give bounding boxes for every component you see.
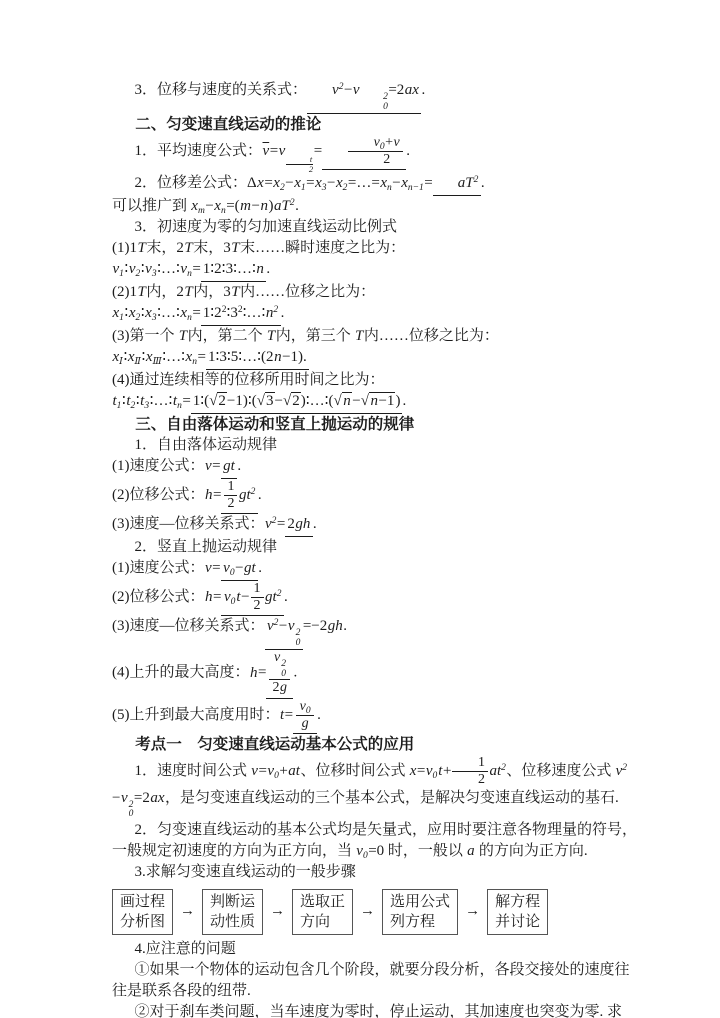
text-run: 2．位移差公式：Δ: [135, 175, 257, 191]
text-run: 一般规定初速度的方向为正方向，当: [112, 843, 356, 859]
math-symbol: T: [354, 328, 363, 344]
flow-arrow-icon: →: [180, 903, 195, 920]
flow-arrow-icon: →: [360, 903, 375, 920]
math-symbol: x2: [273, 175, 285, 191]
text-run: =: [306, 175, 314, 191]
text-run: .: [406, 143, 410, 159]
text-run: 、位移速度公式: [506, 763, 615, 779]
text-run: =(: [226, 198, 239, 214]
text-run: (3)速度—位移关系式：: [112, 516, 265, 532]
doc-line: (3)速度—位移关系式：v2=2gh.: [112, 514, 636, 537]
math-symbol: v0: [223, 589, 235, 605]
math-symbol: ax: [150, 790, 165, 806]
math-symbol: v0: [299, 699, 311, 714]
text-run: 1∶22: [203, 305, 227, 321]
math-symbol: gt: [223, 458, 236, 474]
text-run: −: [241, 589, 249, 605]
math-symbol: v0: [356, 843, 368, 859]
math-symbol: v20: [287, 618, 300, 634]
stacked-sup-sub: 20: [281, 660, 286, 679]
doc-line: −v20=2ax，是匀变速直线运动的三个基本公式，是解决匀变速直线运动的基石.: [112, 788, 636, 820]
math-symbol: gh: [327, 618, 343, 634]
radicand: n: [342, 392, 353, 410]
math-symbol: g: [279, 680, 287, 695]
math-symbol: gt: [244, 560, 257, 576]
math-symbol: ax: [404, 82, 419, 98]
fraction-numerator: 1: [251, 581, 264, 598]
math-symbol: v0: [373, 135, 385, 150]
text-run: +: [279, 763, 287, 779]
math-symbol: vt2: [278, 143, 314, 159]
text-run: ②对于刹车类问题，当车速度为零时，停止运动，其加速度也突变为零. 求: [135, 1004, 623, 1018]
doc-line: v1∶v2∶v3∶…∶vn=1∶2∶3∶…∶n.: [112, 259, 636, 282]
math-symbol: xn: [185, 349, 197, 365]
math-symbol: n: [274, 349, 283, 365]
math-symbol: h: [205, 589, 214, 605]
text-run: =: [192, 261, 200, 277]
doc-line: 3.求解匀变速直线运动的一般步骤: [112, 862, 636, 883]
text-run: .: [258, 560, 262, 576]
doc-line: (4)上升的最大高度：h=v202g.: [112, 650, 636, 698]
text-run: =: [192, 305, 200, 321]
sqrt-radical: √2: [283, 393, 301, 409]
text-run: =: [212, 458, 220, 474]
flow-step-box: 选用公式列方程: [382, 889, 458, 935]
fraction: v0g: [296, 699, 314, 732]
math-symbol: v2: [332, 82, 344, 98]
text-run: −: [205, 198, 213, 214]
text-run: 内，第二个: [188, 328, 267, 344]
text-run: (1)1: [112, 240, 137, 256]
text-run: .: [284, 589, 288, 605]
math-symbol: x2: [128, 305, 140, 321]
math-symbol: x: [409, 763, 417, 779]
math-symbol: a: [467, 843, 476, 859]
text-run: (1)速度公式：: [112, 560, 205, 576]
math-symbol: T: [137, 284, 146, 300]
text-run: .: [293, 665, 297, 681]
radicand: n−1: [369, 392, 395, 410]
section-heading: 二、匀变速直线运动的推论: [112, 114, 636, 135]
doc-line: xⅠ∶xⅡ∶xⅢ∶…∶xn=1∶3∶5∶…∶(2n−1).: [112, 347, 636, 370]
text-run: ①如果一个物体的运动包含几个阶段，就要分段分析，各段交接处的速度往: [135, 962, 630, 978]
text-run: .: [313, 516, 317, 532]
math-symbol: t2: [126, 393, 136, 409]
text-run: =: [182, 393, 190, 409]
doc-line: (3)第一个 T内，第二个 T内，第三个 T内……位移之比为：: [112, 326, 636, 347]
text-run: ∶…∶: [157, 305, 180, 321]
fraction-denominator: 2: [251, 598, 264, 614]
text-run: 往是联系各段的纽带.: [112, 983, 251, 999]
blank-answer-underline: 1∶2∶3∶…∶n: [201, 259, 267, 282]
math-symbol: xm: [191, 198, 206, 214]
radical-sign-icon: √: [334, 393, 342, 409]
text-run: −1)∶(: [227, 393, 257, 409]
doc-line: 一般规定初速度的方向为正方向，当 v0=0 时，一般以 a 的方向为正方向.: [112, 841, 636, 862]
fraction: 12: [251, 581, 264, 614]
text-run: =: [424, 175, 432, 191]
text-run: .: [317, 707, 321, 723]
math-symbol: xⅢ: [145, 349, 162, 365]
text-run: 1: [227, 479, 234, 494]
text-run: −: [392, 175, 400, 191]
doc-line: 3．位移与速度的关系式：v2−v20=2ax.: [112, 80, 636, 114]
doc-line: 可以推广到 xm−xn=(m−n)aT2.: [112, 196, 636, 217]
text-run: 1．平均速度公式：: [135, 143, 263, 159]
text-run: ∶32: [226, 305, 242, 321]
text-run: −1).: [282, 349, 307, 365]
math-symbol: aT2: [273, 198, 295, 214]
text-run: =: [197, 349, 205, 365]
text-run: (2)位移公式：: [112, 487, 205, 503]
math-symbol: v20: [273, 650, 286, 665]
text-run: ∶…∶: [243, 305, 266, 321]
text-run: =2: [388, 82, 404, 98]
math-symbol: T: [178, 328, 187, 344]
math-symbol: v0: [223, 560, 235, 576]
text-run: ∶…∶: [150, 393, 173, 409]
text-run: .: [266, 261, 270, 277]
text-run: 2: [383, 152, 390, 167]
text-run: ∶…∶: [157, 261, 180, 277]
text-run: 2．竖直上抛运动规律: [135, 539, 278, 555]
text-run: 1∶(: [193, 393, 209, 409]
text-run: ，是匀变速直线运动的三个基本公式，是解决匀变速直线运动的基石.: [165, 790, 619, 806]
blank-answer-underline: gt: [221, 456, 238, 479]
math-symbol: T: [184, 240, 193, 256]
math-symbol: v: [393, 135, 400, 150]
text-run: −: [235, 560, 243, 576]
text-run: 4.应注意的问题: [135, 941, 236, 957]
flow-arrow-icon: →: [270, 903, 285, 920]
fraction: 12: [224, 479, 237, 512]
section-heading: 三、自由落体运动和竖直上抛运动的规律: [112, 414, 636, 435]
document-page: 3．位移与速度的关系式：v2−v20=2ax.二、匀变速直线运动的推论1．平均速…: [0, 0, 720, 1018]
doc-line: (1)1T末，2T末，3T末……瞬时速度之比为：: [112, 238, 636, 259]
text-run: .: [281, 305, 285, 321]
fraction-numerator: 1: [452, 755, 488, 772]
stacked-sup-sub: 20: [361, 93, 388, 112]
math-symbol: v20: [352, 82, 388, 98]
text-run: 3．位移与速度的关系式：: [135, 82, 308, 98]
blank-answer-underline: v0−gt: [221, 558, 259, 581]
math-symbol: v0: [425, 763, 437, 779]
solution-steps-flowchart: 画过程分析图→判断运动性质→选取正方向→选用公式列方程→解方程并讨论: [112, 889, 636, 935]
math-symbol: v2: [615, 763, 627, 779]
math-symbol: xn−1: [401, 175, 425, 191]
flow-step-box: 解方程并讨论: [487, 889, 548, 935]
text-run: 1: [254, 581, 261, 596]
doc-line: (1)速度公式：v=gt.: [112, 456, 636, 479]
math-symbol: x3: [315, 175, 327, 191]
math-symbol: xn: [180, 305, 192, 321]
doc-line: ①如果一个物体的运动包含几个阶段，就要分段分析，各段交接处的速度往: [112, 960, 636, 981]
text-run: 的方向为正方向.: [475, 843, 588, 859]
doc-line: 往是联系各段的纽带.: [112, 981, 636, 1002]
text-run: 考点一 匀变速直线运动基本公式的应用: [135, 736, 414, 753]
math-symbol: h: [205, 487, 214, 503]
math-symbol: at2: [489, 763, 506, 779]
text-run: =: [285, 707, 293, 723]
text-run: 内，第三个: [276, 328, 355, 344]
text-run: −1: [378, 393, 394, 409]
text-run: 3．初速度为零的匀加速直线运动比例式: [135, 219, 398, 235]
math-symbol: g: [301, 716, 309, 731]
radicand: 2: [291, 392, 301, 410]
math-symbol: t3: [140, 393, 150, 409]
math-symbol: vn: [180, 261, 192, 277]
text-run: 末……瞬时速度之比为：: [240, 240, 405, 256]
text-run: =: [213, 589, 221, 605]
fraction-denominator: 2: [348, 152, 404, 168]
doc-line: 1．速度时间公式 v=v0+at、位移时间公式 x=v0t+12at2、位移速度…: [112, 755, 636, 788]
text-run: 2: [227, 496, 234, 511]
math-symbol: m: [240, 198, 252, 214]
text-run: 1: [478, 755, 485, 770]
text-run: (3)第一个: [112, 328, 178, 344]
math-symbol: x2: [335, 175, 347, 191]
text-run: (4)通过连续相等的位移所用时间之比为：: [112, 372, 385, 388]
text-run: =: [213, 487, 221, 503]
text-run: 3.求解匀变速直线运动的一般步骤: [135, 864, 356, 880]
fraction: v0+v2: [348, 135, 404, 168]
sqrt-radical: √2: [209, 393, 227, 409]
doc-line: 2．竖直上抛运动规律: [112, 537, 636, 558]
text-run: =2: [134, 790, 150, 806]
radicand: 3: [265, 392, 275, 410]
fraction-numerator: 1: [224, 479, 237, 496]
doc-line: 3．初速度为零的匀加速直线运动比例式: [112, 217, 636, 238]
text-run: =0 时，一般以: [368, 843, 466, 859]
text-run: +: [385, 135, 393, 150]
doc-line: 4.应注意的问题: [112, 939, 636, 960]
math-symbol: v1: [112, 261, 124, 277]
document-content: 3．位移与速度的关系式：v2−v20=2ax.二、匀变速直线运动的推论1．平均速…: [112, 80, 636, 1018]
math-symbol: xⅠ: [112, 349, 123, 365]
blank-answer-underline: 1∶(√2−1)∶(√3−√2)∶…∶(√n−√n−1): [191, 391, 403, 414]
math-symbol: xⅡ: [127, 349, 141, 365]
math-symbol: gt2: [238, 487, 255, 503]
blank-answer-underline: v0g: [293, 699, 317, 734]
text-run: 二、匀变速直线运动的推论: [135, 116, 321, 133]
text-run: =−2: [303, 618, 327, 634]
doc-line: 1．自由落体运动规律: [112, 435, 636, 456]
math-symbol: v: [262, 143, 270, 159]
blank-answer-underline: v202g: [266, 650, 293, 698]
math-symbol: x3: [145, 305, 157, 321]
math-symbol: n2: [265, 305, 278, 321]
doc-line: x1∶x2∶x3∶…∶xn=1∶22∶32∶…∶n2.: [112, 303, 636, 326]
text-run: −: [275, 393, 283, 409]
text-run: 2: [254, 598, 261, 613]
math-symbol: at: [288, 763, 301, 779]
flow-step-box: 画过程分析图: [112, 889, 173, 935]
fraction-denominator: 2g: [269, 680, 290, 696]
blank-answer-underline: v0+v2: [322, 135, 406, 170]
math-symbol: v2: [267, 618, 279, 634]
text-run: .: [295, 198, 299, 214]
text-run: 三、自由落体运动和竖直上抛运动的规律: [135, 416, 414, 433]
math-symbol: v20: [120, 790, 133, 806]
doc-line: 2．匀变速直线运动的基本公式均是矢量式，应用时要注意各物理量的符号，: [112, 820, 636, 841]
doc-line: (5)上升到最大高度用时：t=v0g.: [112, 699, 636, 734]
sqrt-radical: √3: [257, 393, 275, 409]
text-run: .: [421, 82, 425, 98]
text-run: −: [285, 175, 293, 191]
text-run: ∶…∶: [162, 349, 185, 365]
blank-answer-underline: 12gt2: [221, 479, 257, 514]
text-run: )∶…∶(: [301, 393, 334, 409]
radical-sign-icon: √: [209, 393, 217, 409]
text-run: =: [212, 560, 220, 576]
radical-sign-icon: √: [361, 393, 369, 409]
blank-answer-underline: 1∶3∶5∶…∶(2n−1).: [206, 347, 309, 370]
fraction-numerator: v0+v: [348, 135, 404, 152]
blank-answer-underline: v2−v20: [265, 616, 303, 650]
text-run: 1∶3∶5∶…∶(2: [208, 349, 274, 365]
math-symbol: gh: [295, 516, 311, 532]
text-run: 1．自由落体运动规律: [135, 437, 278, 453]
text-run: =: [277, 516, 285, 532]
doc-line: (2)位移公式：h=12gt2.: [112, 479, 636, 514]
math-symbol: t1: [112, 393, 122, 409]
math-symbol: tn: [172, 393, 182, 409]
doc-line: ②对于刹车类问题，当车速度为零时，停止运动，其加速度也突变为零. 求: [112, 1002, 636, 1018]
flow-step-box: 选取正方向: [292, 889, 353, 935]
math-symbol: x1: [294, 175, 306, 191]
fraction: v202g: [269, 650, 290, 696]
math-symbol: T: [266, 328, 275, 344]
math-symbol: v3: [145, 261, 157, 277]
blank-answer-underline: aT2: [433, 173, 481, 196]
doc-line: 2．位移差公式：Δx=x2−x1=x3−x2=…=xn−xn−1=aT2.: [112, 173, 636, 196]
text-run: =: [258, 763, 266, 779]
text-run: 3: [266, 393, 274, 409]
text-run: (5)上升到最大高度用时：: [112, 707, 280, 723]
math-symbol: aT2: [457, 175, 479, 191]
text-run: 2: [218, 393, 226, 409]
doc-line: (1)速度公式：v=v0−gt.: [112, 558, 636, 581]
text-run: .: [258, 487, 262, 503]
section-heading: 考点一 匀变速直线运动基本公式的应用: [112, 734, 636, 755]
text-run: 2: [292, 393, 300, 409]
text-run: 末，2: [146, 240, 184, 256]
fraction-numerator: v0: [296, 699, 314, 716]
fraction-numerator: v20: [269, 650, 290, 680]
text-run: .: [343, 618, 347, 634]
blank-answer-underline: 1∶22∶32∶…∶n2: [201, 303, 281, 326]
doc-line: (2)位移公式：h=v0t−12gt2.: [112, 581, 636, 616]
math-symbol: T: [231, 284, 240, 300]
text-run: 内……位移之比为：: [240, 284, 375, 300]
doc-line: (3)速度—位移关系式：v2−v20=−2gh.: [112, 616, 636, 650]
text-run: +: [443, 763, 451, 779]
text-run: 2: [287, 516, 295, 532]
text-run: (1)速度公式：: [112, 458, 205, 474]
math-symbol: h: [250, 665, 259, 681]
doc-line: (4)通过连续相等的位移所用时间之比为：: [112, 370, 636, 391]
text-run: =: [264, 175, 272, 191]
math-symbol: T: [137, 240, 146, 256]
text-run: (4)上升的最大高度：: [112, 665, 250, 681]
math-symbol: xn: [380, 175, 392, 191]
blank-answer-underline: v0t−12gt2: [221, 581, 283, 616]
sub-mini-fraction: t2: [286, 155, 313, 173]
math-symbol: v2: [265, 516, 277, 532]
text-run: =: [258, 665, 266, 681]
math-symbol: T: [231, 240, 240, 256]
math-symbol: v2: [128, 261, 140, 277]
math-symbol: n: [343, 393, 352, 409]
stacked-sup-sub: 20: [296, 629, 301, 648]
overbar-symbol: v: [262, 143, 270, 159]
text-run: −: [352, 393, 360, 409]
text-run: ): [395, 393, 400, 409]
text-run: =: [314, 143, 322, 159]
text-run: 1．速度时间公式: [135, 763, 251, 779]
sqrt-radical: √n−1: [361, 393, 396, 409]
doc-line: (2)1T内，2T内，3T内……位移之比为：: [112, 282, 636, 303]
math-symbol: T: [184, 284, 193, 300]
text-run: (2)1: [112, 284, 137, 300]
text-run: 1∶2∶3∶…∶: [203, 261, 256, 277]
math-symbol: gt2: [265, 589, 282, 605]
doc-line: t1∶t2∶t3∶…∶tn=1∶(√2−1)∶(√3−√2)∶…∶(√n−√n−…: [112, 391, 636, 414]
text-run: =: [270, 143, 278, 159]
text-run: 末，3: [193, 240, 231, 256]
text-run: .: [237, 458, 241, 474]
text-run: 2: [478, 772, 485, 787]
fraction-denominator: 2: [452, 772, 488, 788]
text-run: (2)位移公式：: [112, 589, 205, 605]
text-run: 内，2: [146, 284, 184, 300]
text-run: .: [481, 175, 485, 191]
text-run: 可以推广到: [112, 198, 191, 214]
math-symbol: v0: [267, 763, 279, 779]
text-run: 2．匀变速直线运动的基本公式均是矢量式，应用时要注意各物理量的符号，: [135, 822, 638, 838]
radical-sign-icon: √: [283, 393, 291, 409]
radical-sign-icon: √: [257, 393, 265, 409]
sqrt-radical: √n: [334, 393, 353, 409]
math-symbol: n: [256, 261, 265, 277]
blank-answer-underline: v2−v20=2ax: [307, 80, 421, 114]
text-run: 内……位移之比为：: [364, 328, 499, 344]
fraction: 12: [452, 755, 488, 788]
fraction-denominator: g: [296, 716, 314, 732]
text-run: (3)速度—位移关系式：: [112, 618, 265, 634]
text-run: 、位移时间公式: [300, 763, 409, 779]
flow-step-box: 判断运动性质: [202, 889, 263, 935]
math-symbol: x1: [112, 305, 124, 321]
flow-arrow-icon: →: [465, 903, 480, 920]
text-run: −: [252, 198, 260, 214]
doc-line: 1．平均速度公式：v=vt2=v0+v2.: [112, 135, 636, 173]
fraction-denominator: 2: [224, 496, 237, 512]
text-run: =…=: [348, 175, 380, 191]
math-symbol: xn: [214, 198, 226, 214]
blank-answer-underline: 2gh: [285, 514, 313, 537]
stacked-sup-sub: 20: [129, 801, 134, 820]
text-run: 内，3: [193, 284, 231, 300]
text-run: .: [402, 393, 406, 409]
radicand: 2: [217, 392, 227, 410]
